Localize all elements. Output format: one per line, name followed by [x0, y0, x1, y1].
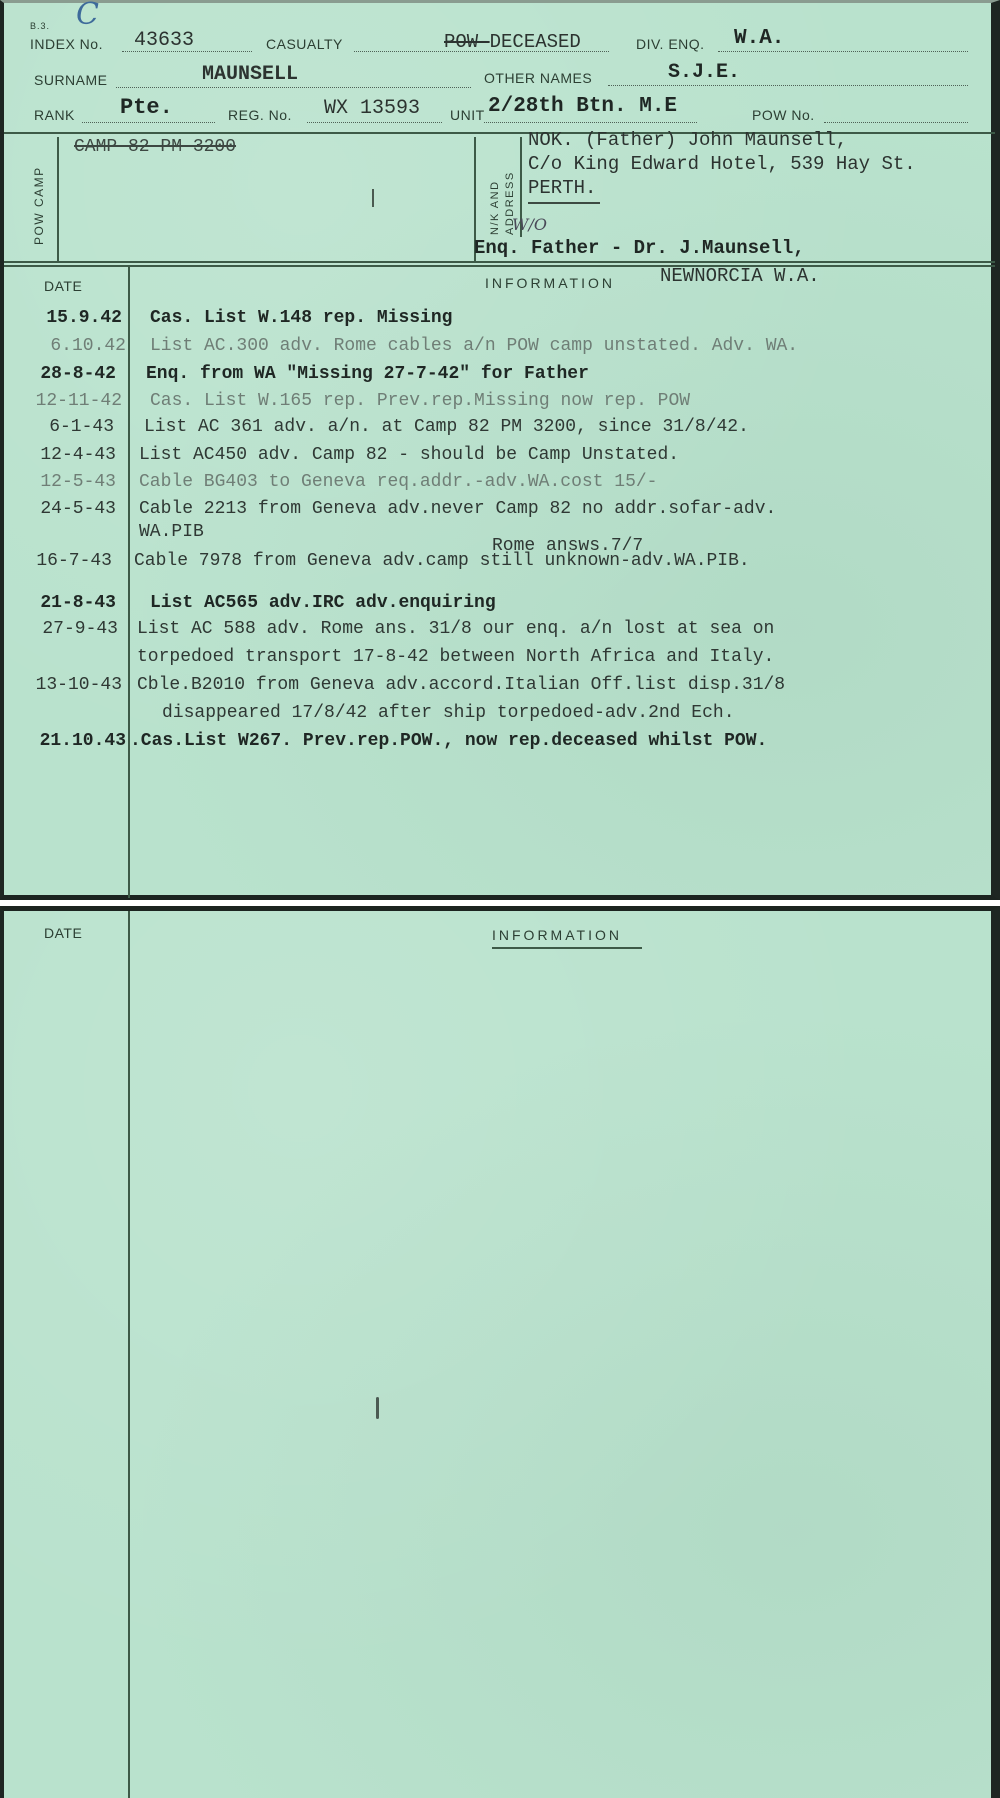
casualty-current-value: DECEASED — [490, 31, 581, 53]
nok-line-3: PERTH. — [528, 177, 596, 199]
casualty-value: POW-DECEASED — [444, 31, 581, 53]
index-no-label: INDEX No. — [30, 36, 103, 52]
ink-mark — [372, 189, 374, 207]
log-entry-text: List AC 588 adv. Rome ans. 31/8 our enq.… — [137, 619, 774, 639]
nok-line-2: C/o King Edward Hotel, 539 Hay St. — [528, 153, 916, 175]
log-entry-text: Cas. List W.148 rep. Missing — [150, 308, 452, 328]
log-entry-date: 24-5-43 — [0, 499, 116, 519]
log-entry-text: List AC450 adv. Camp 82 - should be Camp… — [139, 445, 679, 465]
index-card-back: DATE INFORMATION — [0, 906, 1000, 1798]
log-entry-text: .Cas.List W267. Prev.rep.POW., now rep.d… — [130, 731, 767, 751]
log-entry-text: Cable 7978 from Geneva adv.camp still un… — [134, 551, 750, 571]
surname-value: MAUNSELL — [202, 63, 298, 86]
log-entry-date: 27-9-43 — [0, 619, 118, 639]
reg-no-label: REG. No. — [228, 107, 292, 123]
log-entry-date: 12-4-43 — [0, 445, 116, 465]
nok-label-line1: N/K AND — [489, 180, 501, 235]
unit-label: UNIT — [450, 107, 485, 123]
rank-label: RANK — [34, 107, 75, 123]
log-entry-date: 6-1-43 — [0, 417, 114, 437]
index-no-value: 43633 — [134, 29, 194, 52]
reg-no-value: WX 13593 — [324, 97, 420, 120]
log-entry-date: 6.10.42 — [8, 336, 126, 356]
log-entry-text: Cble.B2010 from Geneva adv.accord.Italia… — [137, 675, 785, 695]
pow-camp-struck-value: CAMP-82-PM-3200 — [74, 137, 236, 157]
nok-enquiry-line1: Enq. Father - Dr. J.Maunsell, — [474, 237, 805, 259]
log-entry-date: 15.9.42 — [4, 308, 122, 328]
log-entry-date: 12-11-42 — [4, 391, 122, 411]
ink-mark — [376, 1397, 379, 1419]
log-entry-text: Enq. from WA "Missing 27-7-42" for Fathe… — [146, 364, 589, 384]
log-entry-text: Cable 2213 from Geneva adv.never Camp 82… — [139, 499, 776, 519]
index-card-front: B.3. C INDEX No. 43633 CASUALTY POW-DECE… — [0, 0, 1000, 900]
information-header: INFORMATION — [485, 275, 615, 291]
log-entry-text: List AC.300 adv. Rome cables a/n POW cam… — [150, 336, 798, 356]
nok-enquiry-line2: NEWNORCIA W.A. — [660, 265, 820, 287]
pow-camp-label: POW CAMP — [32, 166, 46, 245]
surname-label: SURNAME — [34, 72, 108, 88]
div-enq-value: W.A. — [734, 27, 784, 50]
unit-value: 2/28th Btn. M.E — [488, 95, 677, 118]
div-enq-label: DIV. ENQ. — [636, 36, 705, 52]
log-entry-text: disappeared 17/8/42 after ship torpedoed… — [162, 703, 735, 723]
date-header: DATE — [44, 278, 82, 294]
pow-no-label: POW No. — [752, 107, 815, 123]
log-entry-date: 21.10.43 — [8, 731, 126, 751]
back-information-header: INFORMATION — [492, 927, 622, 943]
log-entry-text: List AC 361 adv. a/n. at Camp 82 PM 3200… — [144, 417, 749, 437]
other-names-value: S.J.E. — [668, 61, 740, 84]
log-entry-text: Cable BG403 to Geneva req.addr.-adv.WA.c… — [139, 472, 657, 492]
handwritten-mark: C — [76, 0, 99, 32]
log-entry-date: 13-10-43 — [4, 675, 122, 695]
log-entry-date: 21-8-43 — [0, 593, 116, 613]
log-entry-text: List AC565 adv.IRC adv.enquiring — [150, 593, 496, 613]
nok-line-1: NOK. (Father) John Maunsell, — [528, 129, 847, 151]
log-entry-date: 16-7-43 — [0, 551, 112, 571]
nok-handwritten-note: W/O — [512, 215, 547, 234]
log-entry-text: WA.PIB — [139, 522, 204, 542]
rank-value: Pte. — [120, 95, 173, 120]
log-entry-text: Cas. List W.165 rep. Prev.rep.Missing no… — [150, 391, 690, 411]
log-entry-text: torpedoed transport 17-8-42 between Nort… — [137, 647, 774, 667]
other-names-label: OTHER NAMES — [484, 70, 592, 86]
log-entry-date: 12-5-43 — [0, 472, 116, 492]
casualty-label: CASUALTY — [266, 36, 343, 52]
back-date-header: DATE — [44, 925, 82, 941]
casualty-struck-value: POW- — [444, 31, 490, 53]
form-code: B.3. — [30, 21, 50, 31]
log-entry-date: 28-8-42 — [0, 364, 116, 384]
